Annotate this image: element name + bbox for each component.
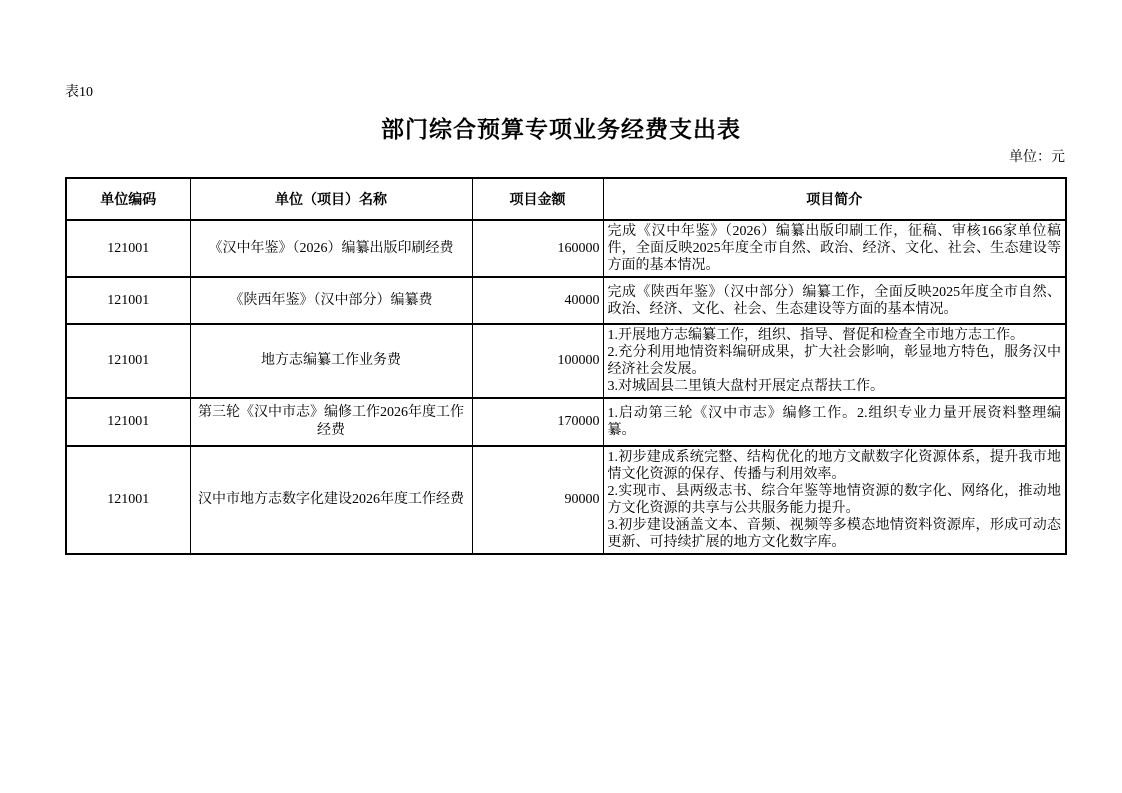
cell-project-summary: 1.开展地方志编纂工作，组织、指导、督促和检查全市地方志工作。 2.充分利用地情… bbox=[603, 324, 1066, 398]
cell-project-summary: 1.启动第三轮《汉中市志》编修工作。2.组织专业力量开展资料整理编纂。 bbox=[603, 398, 1066, 446]
cell-project-summary: 完成《汉中年鉴》（2026）编纂出版印刷工作，征稿、审核166家单位稿件，全面反… bbox=[603, 220, 1066, 277]
cell-project-amount: 160000 bbox=[472, 220, 603, 277]
cell-unit-code: 121001 bbox=[66, 398, 190, 446]
header-project-summary: 项目简介 bbox=[603, 178, 1066, 220]
cell-unit-code: 121001 bbox=[66, 446, 190, 554]
table-header-row: 单位编码 单位（项目）名称 项目金额 项目简介 bbox=[66, 178, 1066, 220]
cell-project-name: 《汉中年鉴》（2026）编纂出版印刷经费 bbox=[190, 220, 472, 277]
header-unit-project-name: 单位（项目）名称 bbox=[190, 178, 472, 220]
table-number-label: 表10 bbox=[65, 81, 93, 101]
cell-unit-code: 121001 bbox=[66, 277, 190, 324]
cell-project-amount: 100000 bbox=[472, 324, 603, 398]
cell-unit-code: 121001 bbox=[66, 324, 190, 398]
cell-project-summary: 1.初步建成系统完整、结构优化的地方文献数字化资源体系，提升我市地情文化资源的保… bbox=[603, 446, 1066, 554]
header-unit-code: 单位编码 bbox=[66, 178, 190, 220]
header-project-amount: 项目金额 bbox=[472, 178, 603, 220]
cell-project-name: 第三轮《汉中市志》编修工作2026年度工作经费 bbox=[190, 398, 472, 446]
table-row: 121001 《汉中年鉴》（2026）编纂出版印刷经费 160000 完成《汉中… bbox=[66, 220, 1066, 277]
page-title: 部门综合预算专项业务经费支出表 bbox=[0, 111, 1122, 144]
table-row: 121001 地方志编纂工作业务费 100000 1.开展地方志编纂工作，组织、… bbox=[66, 324, 1066, 398]
cell-project-name: 《陕西年鉴》（汉中部分）编纂费 bbox=[190, 277, 472, 324]
cell-project-amount: 40000 bbox=[472, 277, 603, 324]
cell-project-amount: 90000 bbox=[472, 446, 603, 554]
cell-project-summary: 完成《陕西年鉴》（汉中部分）编纂工作，全面反映2025年度全市自然、政治、经济、… bbox=[603, 277, 1066, 324]
cell-unit-code: 121001 bbox=[66, 220, 190, 277]
table-row: 121001 第三轮《汉中市志》编修工作2026年度工作经费 170000 1.… bbox=[66, 398, 1066, 446]
cell-project-amount: 170000 bbox=[472, 398, 603, 446]
cell-project-name: 汉中市地方志数字化建设2026年度工作经费 bbox=[190, 446, 472, 554]
budget-table: 单位编码 单位（项目）名称 项目金额 项目简介 121001 《汉中年鉴》（20… bbox=[65, 177, 1067, 555]
cell-project-name: 地方志编纂工作业务费 bbox=[190, 324, 472, 398]
currency-unit-note: 单位：元 bbox=[65, 146, 1065, 166]
table-row: 121001 汉中市地方志数字化建设2026年度工作经费 90000 1.初步建… bbox=[66, 446, 1066, 554]
document-page: 表10 部门综合预算专项业务经费支出表 单位：元 单位编码 单位（项目）名称 项… bbox=[0, 0, 1122, 793]
table-row: 121001 《陕西年鉴》（汉中部分）编纂费 40000 完成《陕西年鉴》（汉中… bbox=[66, 277, 1066, 324]
